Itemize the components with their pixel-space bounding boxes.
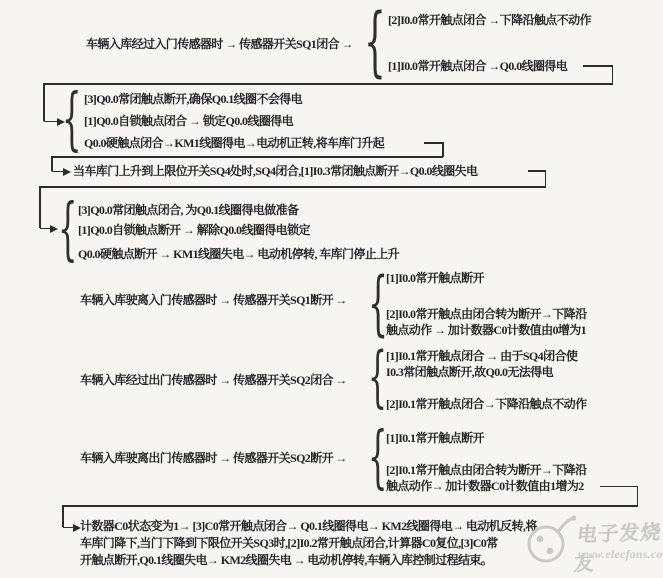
brace-icon: { [368, 425, 387, 491]
watermark-url: www.elecfans.com [578, 547, 663, 562]
branch-row5-item-1: [1]I0.0常开触点断开 [386, 270, 484, 286]
connector-line [51, 156, 53, 171]
branch-row7-item-1: [1]I0.1常开触点断开 [386, 430, 484, 446]
connector-line [44, 121, 58, 123]
step-pass-exit-sensor-sq2-close: 车辆入库经过出门传感器时 → 传感器开关SQ2闭合 → [80, 372, 347, 388]
branch-row6-item-2: [2]I0.1常开触点闭合→下降沿触点不动作 [386, 396, 586, 412]
connector-line [39, 186, 546, 188]
branch-row1-item-1: [1]I0.0常开触点闭合 →Q0.0线圈得电 [388, 58, 567, 74]
arrow-icon [63, 168, 71, 176]
branch-row1-item-2: [2]I0.0常开触点闭合 →下降沿触点不动作 [388, 12, 591, 28]
flow-diagram: 车辆入库经过入门传感器时 → 传感器开关SQ1闭合 → { [2]I0.0常开触… [0, 0, 663, 578]
group4-item-1: [1]Q0.0自锁触点断开 → 解除Q0.0线圈得电锁定 [78, 222, 310, 238]
branch-row6-item-1: [1]I0.1常开触点闭合 → 由于SQ4闭合使 I0.3常闭触点断开,故Q0.… [386, 348, 577, 380]
brace-icon: { [62, 87, 81, 153]
connector-line [62, 505, 64, 527]
step-leave-exit-sensor-sq2-open: 车辆入库驶离出门传感器时 → 传感器开关SQ2断开 → [80, 450, 347, 466]
branch-row7-item-2: [2]I0.1常开触点由闭合转为断开→下降沿 触点动作→ 加计数器C0计数值由1… [386, 462, 586, 494]
connector-line [39, 186, 41, 228]
step-leave-sensor-sq1-open: 车辆入库驶离入门传感器时 → 传感器开关SQ1断开 → [80, 292, 347, 308]
group2-item-3: [3]Q0.0常闭触点断开,确保Q0.1线圈不会得电 [84, 91, 302, 107]
branch-row5-item-2: [2]I0.0常开触点由闭合转为断开→下降沿 触点动作 → 加计数器C0计数值由… [386, 306, 586, 338]
group4-item-3: [3]Q0.0常闭触点闭合, 为Q0.1线圈得电做准备 [78, 202, 298, 218]
connector-line [424, 142, 443, 144]
connector-line [62, 505, 638, 507]
step-counter-c0-final-sequence: 计数器C0状态变为1→ [3]C0常开触点闭合→ Q0.1线圈得电→ KM2线圈… [80, 518, 560, 569]
watermark-logo-icon [520, 508, 576, 570]
group2-item-1: [1]Q0.0自锁触点闭合 → 锁定Q0.0线圈得电 [84, 113, 293, 129]
arrow-icon [50, 225, 58, 233]
group4-item-hard-contact: Q0.0硬触点断开 → KM1线圈失电→ 电动机停转, 车库门停止上升 [78, 246, 399, 262]
connector-line [600, 486, 637, 488]
step-enter-sensor-sq1-close: 车辆入库经过入门传感器时 → 传感器开关SQ1闭合 → [86, 36, 353, 52]
step-door-up-limit-sq4: 当车库门上升到上限位开关SQ4处时,SQ4闭合,[1]I0.3常闭触点断开→Q0… [73, 163, 477, 179]
connector-line [637, 486, 639, 507]
connector-line [51, 156, 443, 158]
watermark-brand: 电子发烧友 [573, 515, 663, 576]
connector-line [43, 83, 45, 121]
brace-icon: { [368, 345, 387, 409]
connector-line [545, 170, 547, 187]
connector-line [583, 65, 613, 67]
brace-icon: { [58, 197, 77, 263]
group2-item-hard-contact: Q0.0硬触点闭合→KM1线圈得电→电动机正转,将车库门升起 [84, 135, 384, 151]
brace-icon: { [364, 4, 386, 78]
connector-line [528, 170, 546, 172]
connector-line [43, 83, 613, 85]
connector-line [442, 142, 444, 157]
connector-line [612, 65, 614, 84]
